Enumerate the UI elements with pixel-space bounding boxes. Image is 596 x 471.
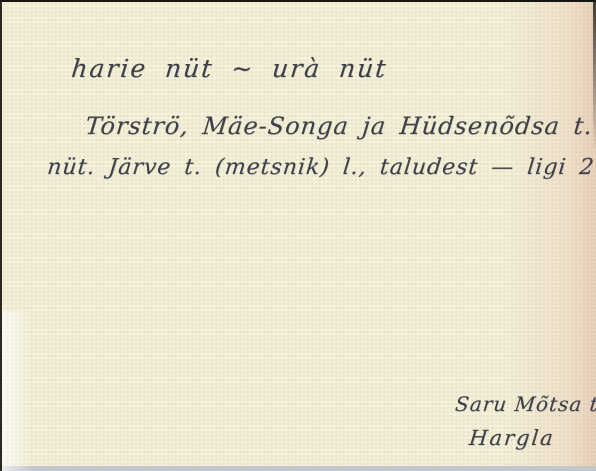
handwriting-line-1: harie nüt ~ urà nüt [70,54,389,83]
handwriting-line-2: Törströ, Mäe-Songa ja Hüdsenõdsa t. mail… [84,112,596,140]
scanned-note-card: harie nüt ~ urà nüt Törströ, Mäe-Songa j… [0,0,596,471]
handwriting-line-2-text: Törströ, Mäe-Songa ja Hüdsenõdsa t. [84,112,596,140]
signature-place-line: Saru Mõtsa t. [454,392,596,416]
scan-edge-bottom-strip [2,466,596,471]
scan-edge-left-fade [2,311,32,471]
signature-parish-line: Hargla [468,426,556,450]
handwriting-line-3: nüt. Järve t. (metsnik) l., taludest — l… [46,155,596,180]
